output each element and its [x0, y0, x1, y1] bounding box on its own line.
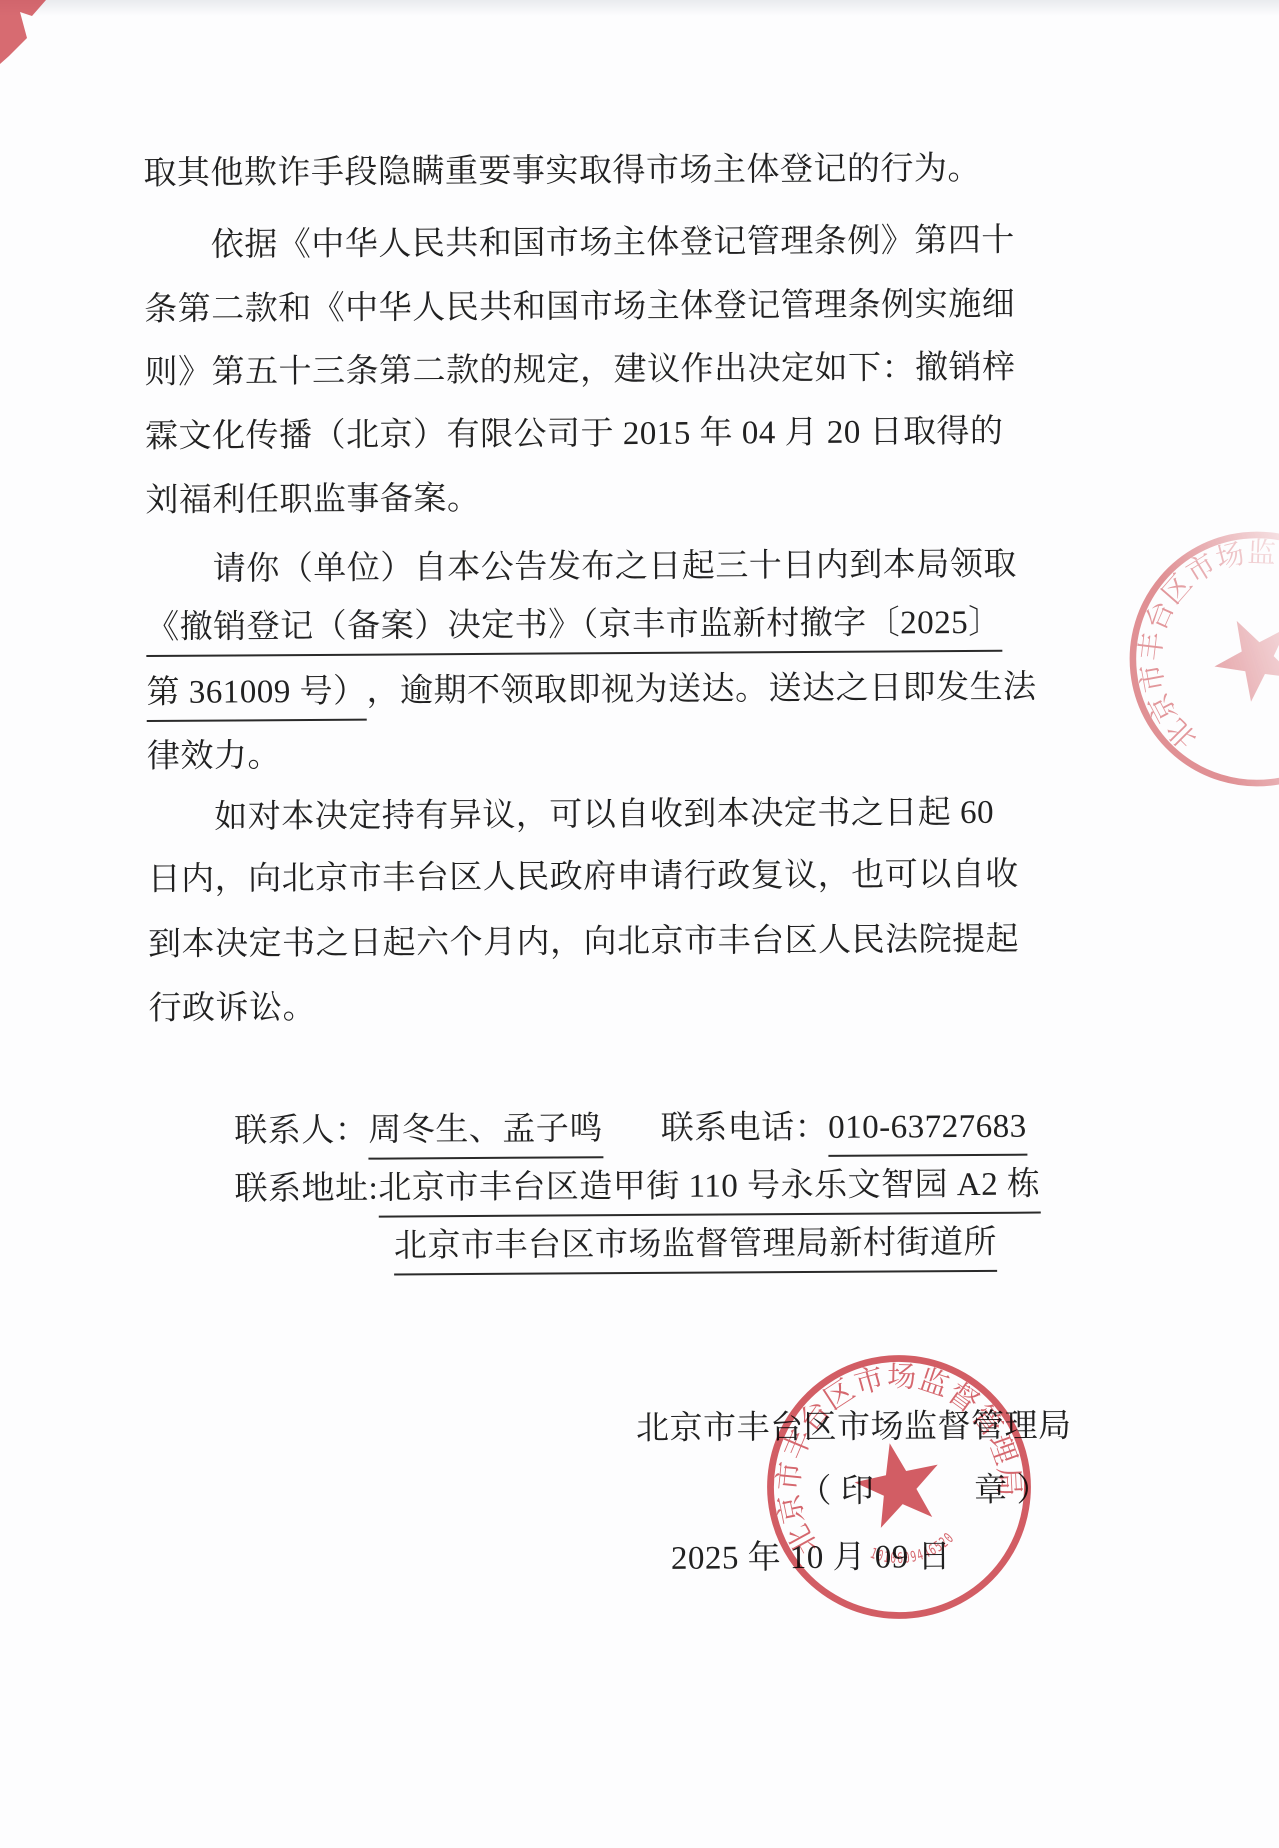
body-line: 日内，向北京市丰台区人民政府申请行政复议，也可以自收 — [148, 854, 1019, 902]
text-segment: 行政诉讼。 — [148, 987, 316, 1031]
body-line: 条第二款和《中华人民共和国市场主体登记管理条例实施细 — [144, 284, 1015, 332]
body-line: 到本决定书之日起六个月内，向北京市丰台区人民法院提起 — [148, 919, 1019, 967]
scanned-document-page: 取其他欺诈手段隐瞒重要事实取得市场主体登记的行为。依据《中华人民共和国市场主体登… — [0, 0, 1279, 1848]
body-line: 第 361009 号），逾期不领取即视为送达。送达之日即发生法 — [146, 667, 1036, 722]
contact-line: 联系地址:北京市丰台区造甲街 110 号永乐文智园 A2 栋 — [234, 1164, 1040, 1219]
text-segment: 条第二款和《中华人民共和国市场主体登记管理条例实施细 — [144, 284, 1015, 332]
text-segment: 到本决定书之日起六个月内，向北京市丰台区人民法院提起 — [148, 919, 1019, 967]
text-segment: 第 361009 号） — [146, 671, 366, 722]
body-line: 行政诉讼。 — [148, 987, 316, 1031]
text-segment: 2025 年 10 月 09 日 — [671, 1536, 952, 1581]
text-segment: 律效力。 — [147, 735, 281, 779]
text-segment: 联系电话： — [661, 1107, 829, 1151]
text-segment: 霖文化传播（北京）有限公司于 2015 年 04 月 20 日取得的 — [145, 411, 1004, 459]
body-line: 律效力。 — [147, 735, 281, 779]
text-segment: 周冬生、孟子鸣 — [368, 1108, 603, 1159]
body-line: 霖文化传播（北京）有限公司于 2015 年 04 月 20 日取得的 — [145, 411, 1004, 459]
body-line: 刘福利任职监事备案。 — [145, 478, 480, 523]
text-segment: （ 印 — [798, 1471, 874, 1514]
text-segment: 章 ） — [974, 1470, 1050, 1513]
text-segment: 010-63727683 — [828, 1106, 1027, 1157]
body-line: 如对本决定持有异议，可以自收到本决定书之日起 60 — [214, 792, 994, 840]
document-text-layer: 取其他欺诈手段隐瞒重要事实取得市场主体登记的行为。依据《中华人民共和国市场主体登… — [0, 0, 1279, 1848]
date-line: 2025 年 10 月 09 日 — [671, 1536, 952, 1581]
text-segment: 北京市丰台区市场监督管理局新村街道所 — [394, 1222, 997, 1276]
contact-line: 联系人：周冬生、孟子鸣联系电话：010-63727683 — [234, 1106, 1027, 1161]
body-line: 请你（单位）自本公告发布之日起三十日内到本局领取 — [213, 544, 1017, 592]
body-line: 则》第五十三条第二款的规定，建议作出决定如下：撤销梓 — [144, 347, 1015, 395]
text-segment: 如对本决定持有异议，可以自收到本决定书之日起 60 — [214, 792, 994, 840]
text-segment: 联系人： — [234, 1110, 368, 1154]
body-line: 取其他欺诈手段隐瞒重要事实取得市场主体登记的行为。 — [143, 148, 981, 196]
body-line: 《撤销登记（备案）决定书》（京丰市监新村撤字〔2025〕 — [146, 602, 1002, 657]
contact-line: 北京市丰台区市场监督管理局新村街道所 — [394, 1222, 997, 1276]
issuer-line: 北京市丰台区市场监督管理局 — [636, 1405, 1072, 1451]
text-segment: 取其他欺诈手段隐瞒重要事实取得市场主体登记的行为。 — [143, 148, 981, 196]
body-line: 依据《中华人民共和国市场主体登记管理条例》第四十 — [211, 220, 1015, 268]
text-segment: 联系地址: — [234, 1168, 378, 1212]
text-segment: 日内，向北京市丰台区人民政府申请行政复议，也可以自收 — [148, 854, 1019, 902]
text-segment: 请你（单位）自本公告发布之日起三十日内到本局领取 — [213, 544, 1017, 592]
text-segment: ，逾期不领取即视为送达。送达之日即发生法 — [366, 667, 1036, 714]
seal-label-line: （ 印章 ） — [798, 1470, 1050, 1514]
text-segment: 北京市丰台区造甲街 110 号永乐文智园 A2 栋 — [378, 1164, 1040, 1218]
text-segment: 北京市丰台区市场监督管理局 — [636, 1405, 1072, 1451]
text-segment: 依据《中华人民共和国市场主体登记管理条例》第四十 — [211, 220, 1015, 268]
text-segment: 则》第五十三条第二款的规定，建议作出决定如下：撤销梓 — [144, 347, 1015, 395]
text-segment: 《撤销登记（备案）决定书》（京丰市监新村撤字〔2025〕 — [146, 602, 1002, 657]
text-segment: 刘福利任职监事备案。 — [145, 478, 480, 523]
